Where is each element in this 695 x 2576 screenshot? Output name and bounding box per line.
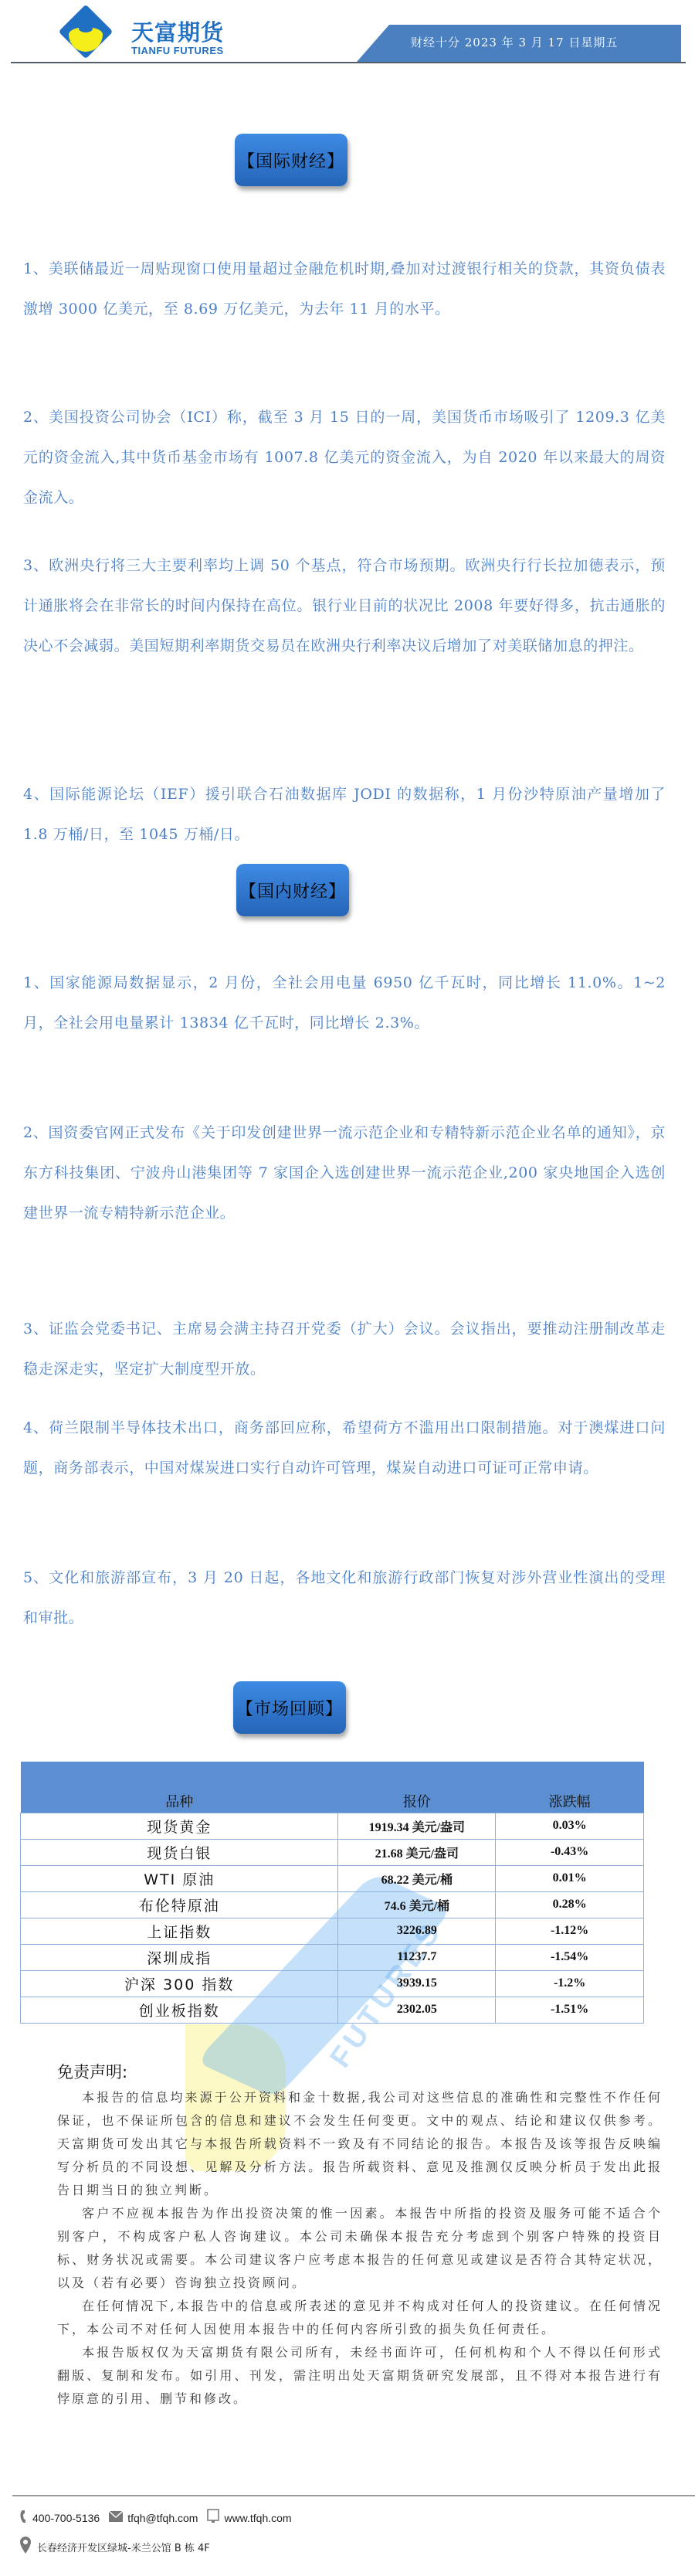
news-item-international-3: 3、欧洲央行将三大主要利率均上调 50 个基点，符合市场预期。欧洲央行行长拉加德…: [23, 545, 666, 666]
news-item-domestic-1: 1、国家能源局数据显示，2 月份，全社会用电量 6950 亿千瓦时，同比增长 1…: [23, 963, 666, 1043]
location-pin-icon: [20, 2537, 31, 2557]
instrument-change: -1.51%: [496, 1997, 644, 2023]
email-link[interactable]: tfqh@tfqh.com: [127, 2512, 198, 2524]
section-title-international: 【国际财经】: [235, 134, 347, 186]
table-row: 沪深 300 指数 3939.15 -1.2%: [21, 1970, 644, 1997]
news-item-domestic-5: 5、文化和旅游部宣布，3 月 20 日起，各地文化和旅游行政部门恢复对涉外营业性…: [23, 1558, 666, 1638]
instrument-price: 2302.05: [338, 1997, 496, 2023]
news-item-domestic-2: 2、国资委官网正式发布《关于印发创建世界一流示范企业和专精特新示范企业名单的通知…: [23, 1113, 666, 1233]
monitor-icon: [207, 2509, 219, 2527]
table-row: 现货黄金 1919.34 美元/盎司 0.03%: [21, 1813, 644, 1839]
table-header-row: 品种 报价 涨跌幅: [21, 1762, 644, 1813]
instrument-price: 3226.89: [338, 1918, 496, 1944]
instrument-name: 现货白银: [21, 1839, 338, 1865]
instrument-name: WTI 原油: [21, 1865, 338, 1891]
section-title-domestic: 【国内财经】: [236, 864, 349, 916]
footer-phone: 400-700-5136: [20, 2510, 100, 2526]
address-text: 长春经济开发区绿城-米兰公馆 B 栋 4F: [37, 2540, 210, 2554]
footer-address: 长春经济开发区绿城-米兰公馆 B 栋 4F: [20, 2537, 210, 2557]
instrument-price: 21.68 美元/盎司: [338, 1839, 496, 1865]
phone-number: 400-700-5136: [32, 2512, 100, 2524]
brand-name-cn: 天富期货: [131, 15, 224, 47]
market-review-table: 品种 报价 涨跌幅 现货黄金 1919.34 美元/盎司 0.03% 现货白银 …: [20, 1762, 644, 2024]
instrument-price: 11237.7: [338, 1944, 496, 1970]
instrument-change: -1.2%: [496, 1970, 644, 1997]
disclaimer-paragraph: 客户不应视本报告为作出投资决策的惟一因素。本报告中所指的投资及服务可能不适合个别…: [57, 2202, 663, 2295]
news-item-international-2: 2、美国投资公司协会（ICI）称，截至 3 月 15 日的一周，美国货币市场吸引…: [23, 397, 666, 518]
report-header: 天富期货 TIANFU FUTURES 财经十分 2023 年 3 月 17 日…: [0, 0, 695, 62]
instrument-change: -0.43%: [496, 1839, 644, 1865]
instrument-name: 沪深 300 指数: [21, 1970, 338, 1997]
instrument-name: 布伦特原油: [21, 1891, 338, 1918]
disclaimer-paragraph: 本报告版权仅为天富期货有限公司所有，未经书面许可，任何机构和个人不得以任何形式翻…: [57, 2341, 663, 2411]
instrument-change: 0.28%: [496, 1891, 644, 1918]
table-row: 深圳成指 11237.7 -1.54%: [21, 1944, 644, 1970]
disclaimer-body: 本报告的信息均来源于公开资料和金十数据,我公司对这些信息的准确性和完整性不作任何…: [57, 2086, 663, 2411]
table-row: 创业板指数 2302.05 -1.51%: [21, 1997, 644, 2023]
instrument-price: 74.6 美元/桶: [338, 1891, 496, 1918]
footer-website: www.tfqh.com: [207, 2509, 291, 2527]
instrument-change: 0.03%: [496, 1813, 644, 1839]
footer-email: tfqh@tfqh.com: [109, 2510, 198, 2525]
disclaimer-title: 免责声明:: [57, 2060, 127, 2083]
instrument-price: 3939.15: [338, 1970, 496, 1997]
tianfu-logo-icon: [57, 9, 114, 66]
instrument-name: 上证指数: [21, 1918, 338, 1944]
brand-name-en: TIANFU FUTURES: [131, 45, 224, 56]
table-row: WTI 原油 68.22 美元/桶 0.01%: [21, 1865, 644, 1891]
header-divider: [11, 62, 686, 63]
website-link[interactable]: www.tfqh.com: [224, 2512, 291, 2524]
phone-icon: [20, 2510, 28, 2526]
section-title-market: 【市场回顾】: [233, 1681, 346, 1734]
footer-divider: [12, 2495, 695, 2496]
instrument-name: 现货黄金: [21, 1813, 338, 1839]
instrument-price: 1919.34 美元/盎司: [338, 1813, 496, 1839]
instrument-name: 创业板指数: [21, 1997, 338, 2023]
table-row: 布伦特原油 74.6 美元/桶 0.28%: [21, 1891, 644, 1918]
news-item-domestic-3: 3、证监会党委书记、主席易会满主持召开党委（扩大）会议。会议指出，要推动注册制改…: [23, 1309, 666, 1389]
column-header-name: 品种: [21, 1762, 338, 1813]
column-header-price: 报价: [338, 1762, 496, 1813]
news-item-international-4: 4、国际能源论坛（IEF）援引联合石油数据库 JODI 的数据称，1 月份沙特原…: [23, 774, 666, 855]
news-item-domestic-4: 4、荷兰限制半导体技术出口，商务部回应称，希望荷方不滥用出口限制措施。对于澳煤进…: [23, 1408, 666, 1488]
footer-contacts: 400-700-5136 tfqh@tfqh.com www.tfqh.com: [20, 2509, 292, 2527]
column-header-change: 涨跌幅: [496, 1762, 644, 1813]
disclaimer-paragraph: 本报告的信息均来源于公开资料和金十数据,我公司对这些信息的准确性和完整性不作任何…: [57, 2086, 663, 2202]
instrument-change: -1.12%: [496, 1918, 644, 1944]
table-row: 上证指数 3226.89 -1.12%: [21, 1918, 644, 1944]
instrument-change: -1.54%: [496, 1944, 644, 1970]
instrument-price: 68.22 美元/桶: [338, 1865, 496, 1891]
mail-icon: [109, 2510, 123, 2525]
table-row: 现货白银 21.68 美元/盎司 -0.43%: [21, 1839, 644, 1865]
instrument-name: 深圳成指: [21, 1944, 338, 1970]
report-date: 财经十分 2023 年 3 月 17 日星期五: [411, 34, 618, 50]
disclaimer-paragraph: 在任何情况下,本报告中的信息或所表述的意见并不构成对任何人的投资建议。在任何情况…: [57, 2295, 663, 2341]
news-item-international-1: 1、美联储最近一周贴现窗口使用量超过金融危机时期,叠加对过渡银行相关的贷款，其资…: [23, 249, 666, 329]
instrument-change: 0.01%: [496, 1865, 644, 1891]
